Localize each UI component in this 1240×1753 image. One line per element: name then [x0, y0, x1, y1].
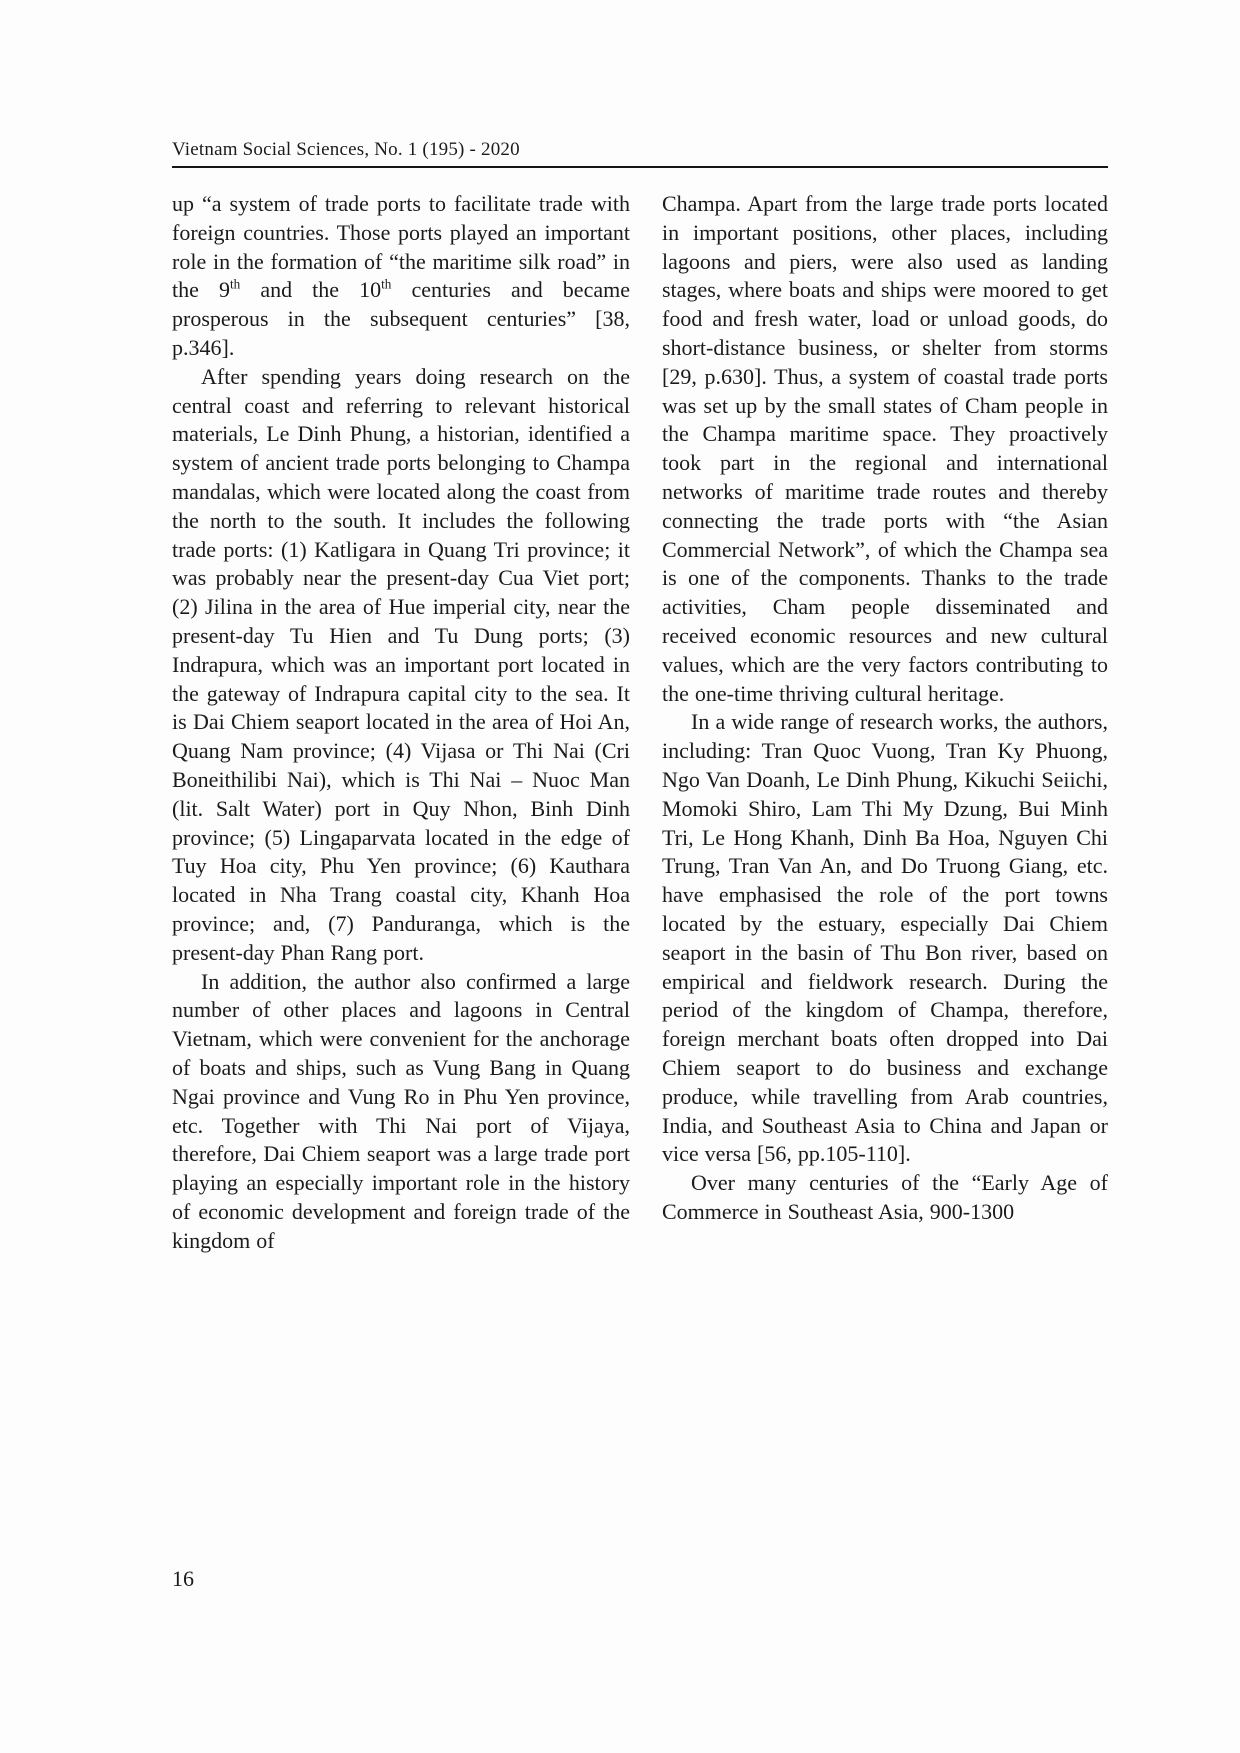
left-column: up “a system of trade ports to facilitat…: [172, 190, 630, 1255]
paragraph-trade-ports-list: After spending years doing research on t…: [172, 363, 630, 968]
right-column: Champa. Apart from the large trade ports…: [662, 190, 1108, 1227]
paragraph-text: and the 10: [240, 277, 381, 302]
page-number: 16: [172, 1566, 194, 1592]
paragraph-continued-from-previous-page: up “a system of trade ports to facilitat…: [172, 190, 630, 363]
paragraph-other-places: In addition, the author also confirmed a…: [172, 968, 630, 1256]
journal-running-head: Vietnam Social Sciences, No. 1 (195) - 2…: [172, 139, 1108, 161]
paragraph-champa-continuation: Champa. Apart from the large trade ports…: [662, 190, 1108, 708]
ordinal-superscript: th: [381, 277, 391, 292]
ordinal-superscript: th: [230, 277, 240, 292]
paragraph-early-age-of-commerce: Over many centuries of the “Early Age of…: [662, 1169, 1108, 1227]
header-rule: [172, 166, 1108, 168]
paragraph-research-authors: In a wide range of research works, the a…: [662, 708, 1108, 1169]
